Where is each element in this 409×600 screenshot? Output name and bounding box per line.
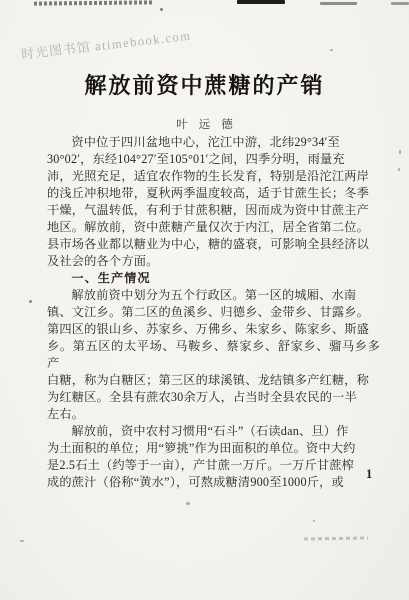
text-line: 及社会的各个方面。 (47, 253, 380, 270)
scan-artifact-bar (320, 2, 357, 5)
text-line: 为红糖区。全县有蔗农30余万人，占当时全县农民的一半 (47, 389, 380, 406)
scan-speck (140, 475, 142, 477)
paragraph-districts: 解放前资中划分为五个行政区。第一区的城厢、水南镇、文江乡。第二区的鱼溪乡、归德乡… (47, 287, 380, 423)
text-line: 解放前资中划分为五个行政区。第一区的城厢、水南 (47, 287, 380, 304)
text-line: 解放前，资中农村习惯用“石斗”（石读dan、旦）作 (47, 423, 380, 440)
page-number: 1 (366, 467, 372, 482)
text-line: 第四区的银山乡、苏家乡、万佛乡、朱家乡、陈家乡、斯盛 (47, 321, 380, 338)
text-line: 30°02′，东经104°27′至105°01′之间，四季分明，雨量充 (47, 151, 380, 168)
scan-speck (29, 300, 32, 303)
paragraph-intro: 资中位于四川盆地中心，沱江中游，北纬29°34′至30°02′，东经104°27… (47, 134, 380, 270)
text-line: 成的蔗汁（俗称“黄水”），可熬成糖清900至1000斤，或 (47, 474, 380, 491)
scan-artifact-cutoff-text (34, 0, 154, 5)
watermark: 时光图书馆 atimebook.com (20, 19, 241, 63)
scan-artifact-bar (237, 0, 285, 4)
text-line: 资中位于四川盆地中心，沱江中游，北纬29°34′至 (47, 134, 380, 151)
scanned-document-page: 时光图书馆 atimebook.com 解放前资中蔗糖的产销 叶远德 资中位于四… (0, 0, 409, 600)
scan-artifact-bar (391, 2, 409, 5)
scan-speck (20, 540, 24, 542)
text-line: 县市场各业都以糖业为中心，糖的盛衰，可影响全县经济以 (47, 236, 380, 253)
text-line: 为土面积的单位；用“箩挑”作为田面积的单位。资中大约 (47, 440, 380, 457)
text-line: 沛，光照充足，适宜农作物的生长发育，特别是沿沱江两岸 (47, 168, 380, 185)
page-title: 解放前资中蔗糖的产销 (0, 69, 409, 100)
text-line: 镇、文江乡。第二区的鱼溪乡、归德乡、金带乡、甘露乡。 (47, 304, 380, 321)
scan-artifact-smudge (304, 537, 368, 541)
scan-speck (313, 520, 315, 522)
text-line: 的浅丘冲积地带，夏秋两季温度较高，适于甘蔗生长；冬季 (47, 185, 380, 202)
author-name: 叶远德 (0, 116, 409, 132)
section-heading-production: 一、生产情况 (47, 270, 380, 287)
text-line: 干燥，气温转低，有利于甘蔗积糖，因而成为资中甘蔗主产 (47, 202, 380, 219)
scan-speck (330, 49, 333, 51)
watermark-chinese: 时光图书馆 (20, 39, 91, 62)
body-text: 资中位于四川盆地中心，沱江中游，北纬29°34′至30°02′，东经104°27… (47, 134, 380, 491)
text-line: 乡。第五区的太平场、马鞍乡、蔡家乡、舒家乡、骝马乡多产 (47, 338, 380, 372)
watermark-url: atimebook.com (94, 29, 192, 54)
scan-speck (160, 8, 163, 11)
text-line: 是2.5石土（约等于一亩），产甘蔗一万斤。一万斤甘蔗榨 (47, 457, 380, 474)
paragraph-units: 解放前，资中农村习惯用“石斗”（石读dan、旦）作为土面积的单位；用“箩挑”作为… (47, 423, 380, 491)
text-line: 地区。解放前，资中蔗糖产量仅次于内江，居全省第二位。 (47, 219, 380, 236)
scan-speck (399, 150, 401, 154)
scan-speck (186, 502, 190, 505)
scan-speck (398, 168, 400, 171)
text-line: 左右。 (47, 406, 380, 423)
text-line: 白糖，称为白糖区；第三区的球溪镇、龙结镇多产红糖，称 (47, 372, 380, 389)
